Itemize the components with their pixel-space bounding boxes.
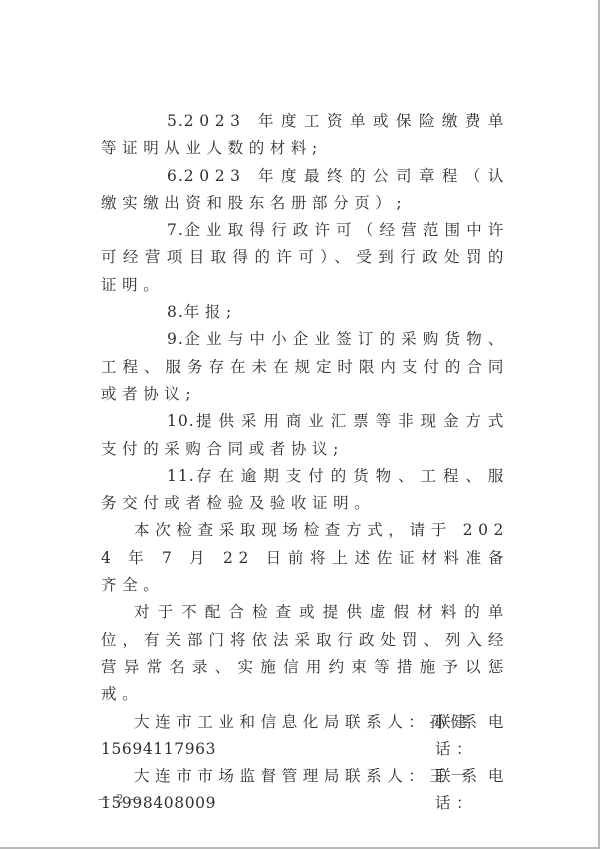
item-number: 11. [134, 463, 195, 490]
list-item-9: 9.企业与中小企业签订的采购货物、工程、服务存在未在规定时限内支付的合同或者协议… [101, 326, 509, 408]
item-number: 10. [134, 408, 195, 435]
contact-industry-bureau: 大连市工业和信息化局联系人：孙健联系电话： [101, 709, 509, 736]
phone-label: 联系电话： [435, 763, 509, 818]
inspection-deadline-paragraph: 本次检查采取现场检查方式，请于 2024 年 7 月 22 日前将上述佐证材料准… [101, 517, 509, 599]
item-number: 7. [134, 217, 184, 244]
item-text: 年报; [184, 303, 237, 321]
item-number: 5. [134, 108, 184, 135]
item-number: 8. [134, 299, 184, 326]
item-number: 6. [134, 163, 184, 190]
phone-label: 联系电话： [435, 709, 509, 764]
page-number: — 2 — [98, 792, 142, 806]
list-item-10: 10.提供采用商业汇票等非现金方式支付的采购合同或者协议; [101, 408, 509, 463]
contact-person: 大连市市场监督管理局联系人：王一 [134, 767, 472, 785]
contact-market-bureau: 大连市市场监督管理局联系人：王一联系电话： [101, 763, 509, 790]
list-item-6: 6.2023 年度最终的公司章程（认缴实缴出资和股东名册部分页）; [101, 163, 509, 218]
list-item-8: 8.年报; [101, 299, 509, 326]
contact-person: 大连市工业和信息化局联系人：孙健 [134, 713, 472, 731]
list-item-5: 5.2023 年度工资单或保险缴费单等证明从业人数的材料; [101, 108, 509, 163]
list-item-11: 11.存在逾期支付的货物、工程、服务交付或者检验及验收证明。 [101, 463, 509, 518]
document-body: 5.2023 年度工资单或保险缴费单等证明从业人数的材料; 6.2023 年度最… [101, 108, 509, 818]
list-item-7: 7.企业取得行政许可（经营范围中许可经营项目取得的许可）、受到行政处罚的证明。 [101, 217, 509, 299]
document-page: 5.2023 年度工资单或保险缴费单等证明从业人数的材料; 6.2023 年度最… [0, 0, 600, 849]
penalty-notice-paragraph: 对于不配合检查或提供虚假材料的单位，有关部门将依法采取行政处罚、列入经营异常名录… [101, 599, 509, 708]
item-number: 9. [134, 326, 184, 353]
